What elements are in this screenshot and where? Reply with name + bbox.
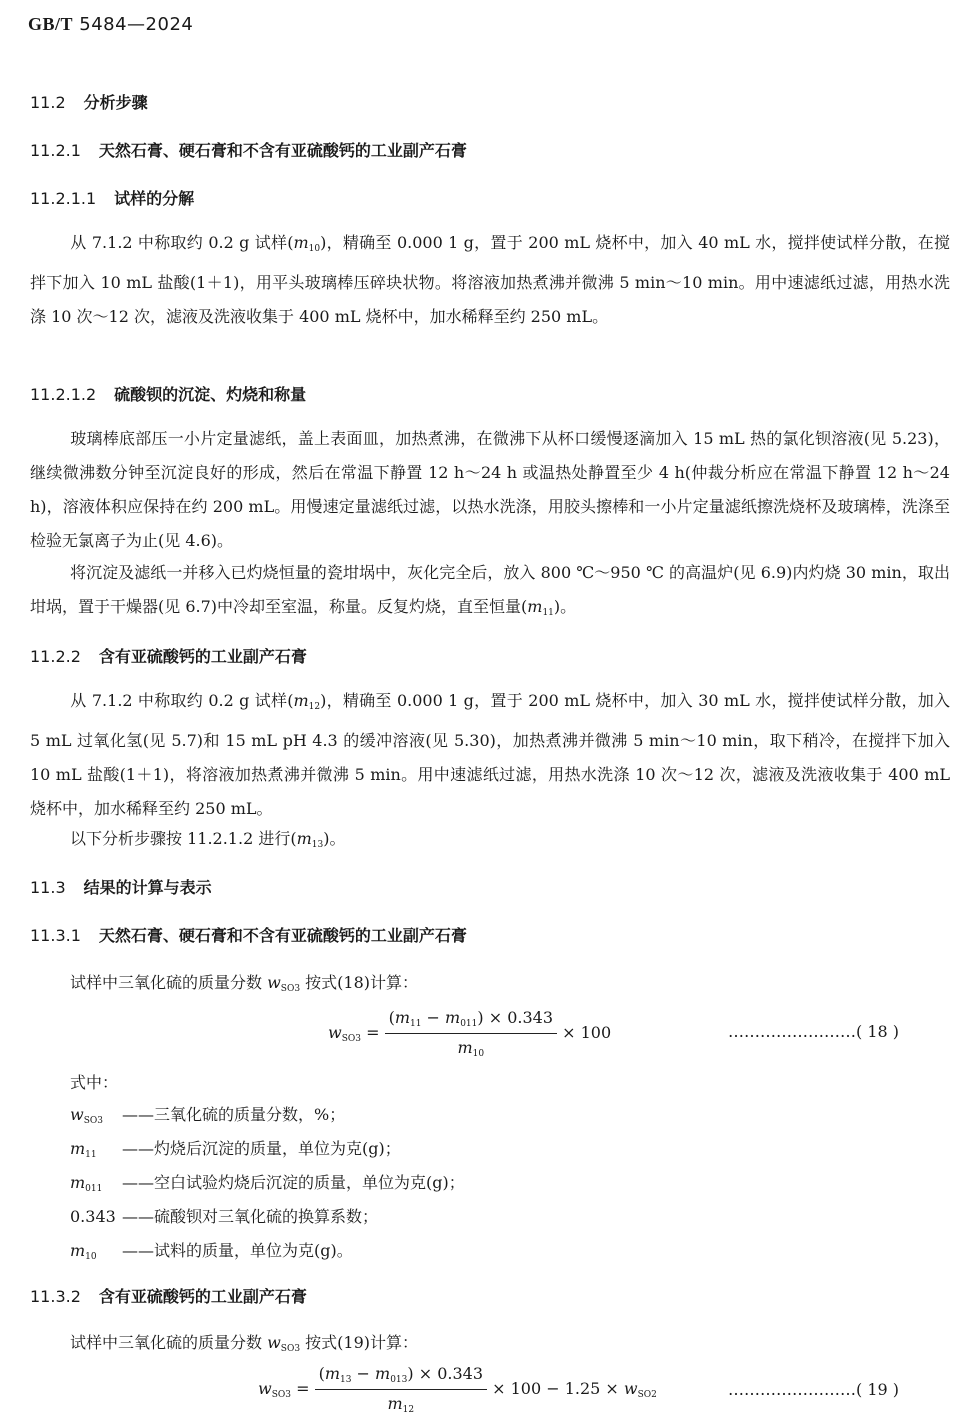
heading-11-3-1: 11.3.1天然石膏、硬石膏和不含有亚硫酸钙的工业副产石膏 bbox=[30, 923, 467, 946]
section-number: 11.3.2 bbox=[30, 1287, 81, 1306]
paragraph-sample-decomposition: 从 7.1.2 中称取约 0.2 g 试样(m10)，精确至 0.000 1 g… bbox=[30, 226, 950, 334]
heading-11-3: 11.3结果的计算与表示 bbox=[30, 875, 212, 898]
section-title: 试样的分解 bbox=[114, 189, 194, 208]
section-number: 11.2.1 bbox=[30, 141, 81, 160]
paragraph-formula19-intro: 试样中三氧化硫的质量分数 wSO3 按式(19)计算： bbox=[70, 1330, 418, 1354]
standard-prefix: GB/T bbox=[28, 14, 73, 34]
section-title: 天然石膏、硬石膏和不含有亚硫酸钙的工业副产石膏 bbox=[99, 141, 467, 160]
heading-11-2-1-2: 11.2.1.2硫酸钡的沉淀、灼烧和称量 bbox=[30, 382, 306, 405]
paragraph-follow-steps: 以下分析步骤按 11.2.1.2 进行(m13)。 bbox=[70, 826, 345, 850]
paragraph-precipitation: 玻璃棒底部压一小片定量滤纸，盖上表面皿，加热煮沸，在微沸下从杯口缓慢逐滴加入 1… bbox=[30, 422, 950, 558]
heading-11-2-2: 11.2.2含有亚硫酸钙的工业副产石膏 bbox=[30, 644, 307, 667]
document-header: GB/T 5484—2024 bbox=[28, 14, 193, 35]
paragraph-formula18-intro: 试样中三氧化硫的质量分数 wSO3 按式(18)计算： bbox=[70, 970, 418, 994]
section-title: 分析步骤 bbox=[84, 93, 148, 112]
heading-11-2: 11.2分析步骤 bbox=[30, 90, 148, 113]
heading-11-2-1: 11.2.1天然石膏、硬石膏和不含有亚硫酸钙的工业副产石膏 bbox=[30, 138, 467, 161]
where-item-wso3: wSO3——三氧化硫的质量分数，%； bbox=[70, 1102, 345, 1126]
where-item-m11: m11——灼烧后沉淀的质量，单位为克(g)； bbox=[70, 1136, 401, 1160]
standard-number: 5484—2024 bbox=[79, 14, 193, 35]
section-title: 结果的计算与表示 bbox=[84, 878, 212, 897]
section-title: 含有亚硫酸钙的工业副产石膏 bbox=[99, 1287, 307, 1306]
heading-11-3-2: 11.3.2含有亚硫酸钙的工业副产石膏 bbox=[30, 1284, 307, 1307]
equation-number-18: ……………………( 18 ) bbox=[728, 1022, 899, 1041]
paragraph-ignition: 将沉淀及滤纸一并移入已灼烧恒量的瓷坩埚中，灰化完全后，放入 800 ℃～950 … bbox=[30, 556, 950, 630]
formula-19: wSO3 = (m13 − m013) × 0.343 m12 × 100 − … bbox=[258, 1364, 657, 1412]
section-title: 含有亚硫酸钙的工业副产石膏 bbox=[99, 647, 307, 666]
section-number: 11.2.2 bbox=[30, 647, 81, 666]
where-item-coefficient: 0.343——硫酸钡对三氧化硫的换算系数； bbox=[70, 1204, 378, 1227]
section-number: 11.2.1.1 bbox=[30, 189, 96, 208]
where-item-m011: m011——空白试验灼烧后沉淀的质量，单位为克(g)； bbox=[70, 1170, 465, 1194]
section-number: 11.3.1 bbox=[30, 926, 81, 945]
where-title: 式中： bbox=[70, 1070, 118, 1093]
section-number: 11.3 bbox=[30, 878, 66, 897]
fraction: (m13 − m013) × 0.343 m12 bbox=[315, 1364, 487, 1412]
where-item-m10: m10——试料的质量，单位为克(g)。 bbox=[70, 1238, 353, 1262]
fraction: (m11 − m011) × 0.343 m10 bbox=[385, 1008, 557, 1059]
formula-18: wSO3 = (m11 − m011) × 0.343 m10 × 100 bbox=[328, 1008, 611, 1059]
section-number: 11.2 bbox=[30, 93, 66, 112]
paragraph-calcium-sulfite-procedure: 从 7.1.2 中称取约 0.2 g 试样(m12)，精确至 0.000 1 g… bbox=[30, 684, 950, 826]
heading-11-2-1-1: 11.2.1.1试样的分解 bbox=[30, 186, 194, 209]
equation-number-19: ……………………( 19 ) bbox=[728, 1380, 899, 1399]
section-title: 天然石膏、硬石膏和不含有亚硫酸钙的工业副产石膏 bbox=[99, 926, 467, 945]
section-number: 11.2.1.2 bbox=[30, 385, 96, 404]
section-title: 硫酸钡的沉淀、灼烧和称量 bbox=[114, 385, 306, 404]
